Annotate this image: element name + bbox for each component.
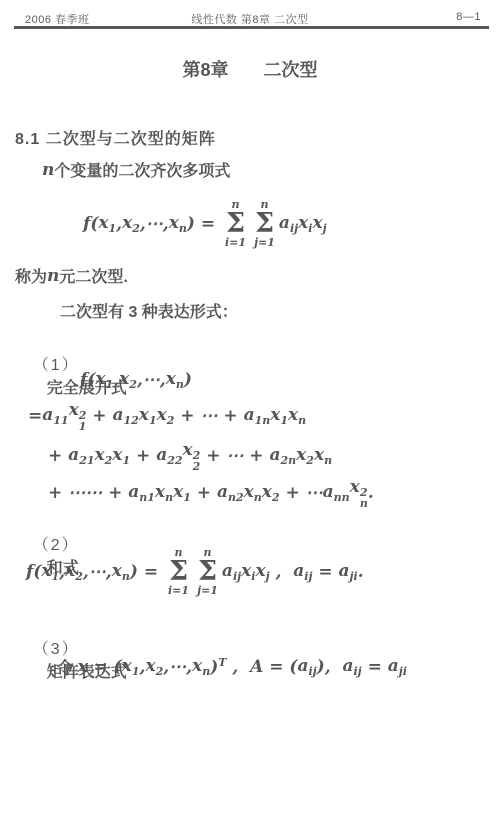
- formula-quadratic-form-sum: f(x1,x2,⋯,xn) = nΣi=1nΣj=1aijxixj: [83, 193, 327, 255]
- header-rule: [14, 26, 489, 29]
- formula-expanded-row1: =a11x21 + a12x1x2 + ⋯ + a1nx1xn: [28, 400, 306, 432]
- formula-expanded-row3: + ⋯⋯ + an1xnx1 + an2xnx2 + ⋯annx2n.: [48, 477, 374, 509]
- lecture-slide-page: 2006 春季班 线性代数 第8章 二次型 8—1 第8章 二次型 8.1 二次…: [0, 0, 500, 839]
- page-title: 第8章 二次型: [0, 56, 500, 82]
- page-title-chapter: 第8章: [182, 60, 228, 80]
- called-n-ary-line: 称为n元二次型.: [15, 264, 128, 287]
- list-item-1-number: （1）: [33, 357, 80, 374]
- formula-matrix-form: 令 x = (x1,x2,⋯,xn)T , A = (aij), aij = a…: [57, 655, 407, 678]
- page-title-topic: 二次型: [264, 60, 318, 80]
- formula-expanded-row2: + a21x2x1 + a22x22 + ⋯ + a2nx2xn: [48, 440, 332, 472]
- header-chapter-info: 线性代数 第8章 二次型: [0, 11, 500, 27]
- intro-line: n个变量的二次齐次多项式: [42, 158, 230, 181]
- formula-expanded-fline: f(x1,x2,⋯,xn): [80, 369, 192, 391]
- formula-sum-form: f(x1,x2,⋯,xn) = nΣi=1nΣj=1aijxixj , aij …: [26, 541, 364, 603]
- section-heading: 8.1 二次型与二次型的矩阵: [15, 126, 216, 149]
- forms-count-line: 二次型有 3 种表达形式：: [60, 299, 238, 322]
- header-page-number: 8—1: [456, 11, 481, 23]
